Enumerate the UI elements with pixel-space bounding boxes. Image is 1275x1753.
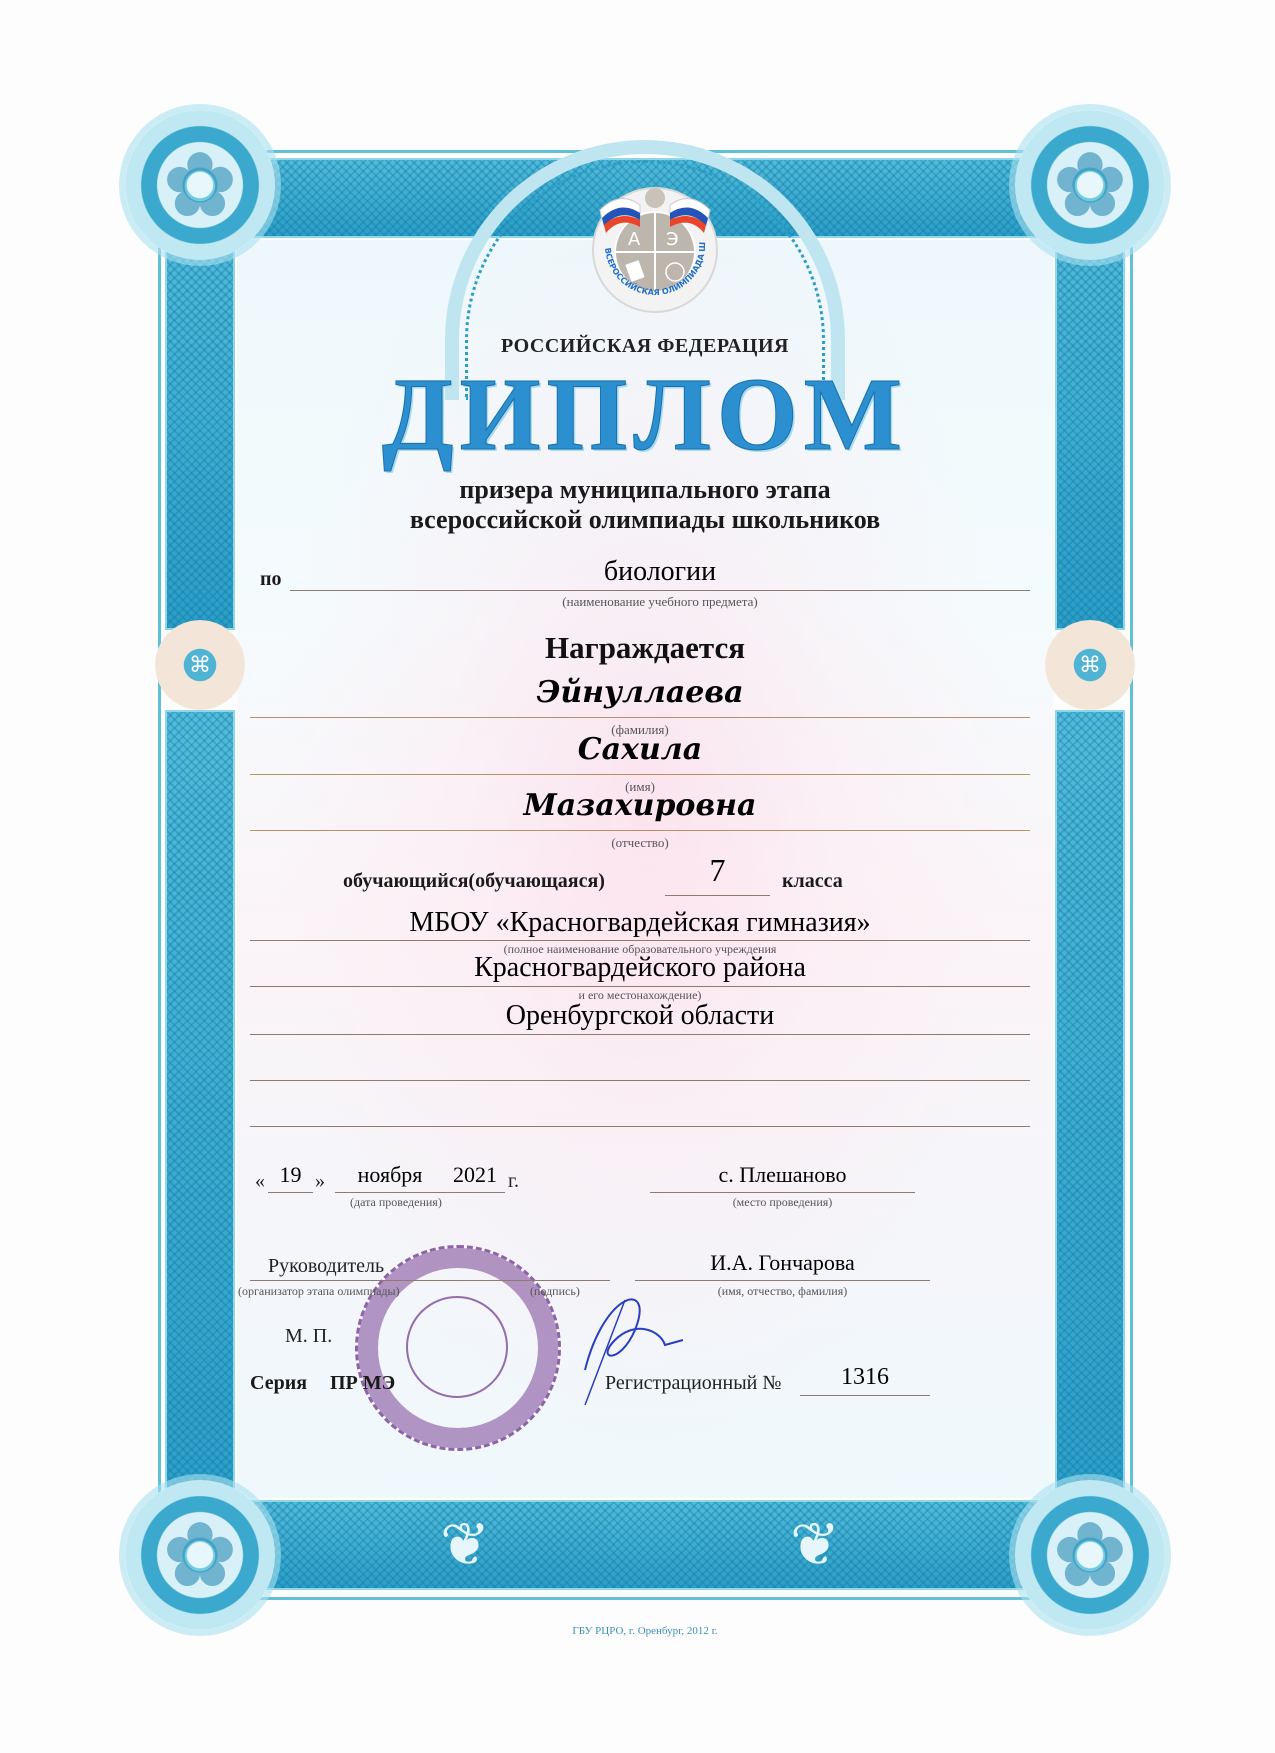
border-band-bottom — [170, 1500, 1125, 1590]
date-month-line — [335, 1192, 505, 1193]
registration-line — [800, 1395, 930, 1396]
school-underline-4 — [250, 1080, 1030, 1081]
school-line-1: МБОУ «Красногвардейская гимназия» — [250, 907, 1030, 939]
svg-text:A: A — [628, 229, 641, 250]
border-band-right-lower — [1055, 710, 1125, 1530]
subtitle-line-2: всероссийской олимпиады школьников — [110, 505, 1180, 535]
diploma-subtitle: призера муниципального этапа всероссийск… — [110, 475, 1180, 535]
head-name-value: И.А. Гончарова — [635, 1250, 930, 1276]
signature-hint: (подпись) — [530, 1284, 580, 1299]
head-label: Руководитель — [268, 1255, 384, 1278]
head-name-line — [635, 1280, 930, 1281]
grade-line — [665, 895, 770, 896]
subject-value: биологии — [290, 556, 1030, 588]
date-year-suffix: г. — [508, 1170, 519, 1193]
scroll-ornament-left-icon: ❦ — [420, 1510, 510, 1580]
awarded-label: Награждается — [110, 630, 1180, 666]
date-day: 19 — [268, 1162, 313, 1188]
rosette-bottom-right-icon — [1015, 1480, 1165, 1630]
date-day-line — [268, 1192, 313, 1193]
scroll-ornament-right-icon: ❦ — [770, 1510, 860, 1580]
svg-text:Э: Э — [666, 229, 679, 250]
date-hint: (дата проведения) — [350, 1195, 442, 1210]
series-label: Серия — [250, 1372, 307, 1395]
date-month: ноября — [335, 1162, 445, 1188]
rosette-top-left-icon — [125, 110, 275, 260]
date-year: 2021 — [445, 1162, 505, 1188]
school-line-2: Красногвардейского района — [250, 952, 1030, 984]
subject-hint: (наименование учебного предмета) — [290, 594, 1030, 610]
registration-label: Регистрационный № — [605, 1372, 781, 1395]
official-stamp — [355, 1245, 561, 1451]
rosette-bottom-left-icon — [125, 1480, 275, 1630]
series-value: ПР МЭ — [330, 1372, 395, 1395]
grade-value: 7 — [665, 852, 770, 889]
first-name-line — [250, 774, 1030, 775]
head-label-hint: (организатор этапа олимпиады) — [238, 1284, 400, 1299]
head-name-hint: (имя, отчество, фамилия) — [635, 1284, 930, 1299]
diploma-title: ДИПЛОМ — [110, 355, 1180, 474]
diploma-sheet: ❦ ❦ ВСЕРОССИЙСКАЯ ОЛИМПИАДА ШКОЛЬНИКОВ A — [110, 110, 1180, 1650]
subject-line — [290, 590, 1030, 591]
patronymic-hint: (отчество) — [250, 835, 1030, 851]
printer-footer: ГБУ РЦРО, г. Оренбург, 2012 г. — [110, 1625, 1180, 1637]
place-hint: (место проведения) — [650, 1195, 915, 1210]
school-line-3: Оренбургской области — [250, 1000, 1030, 1032]
first-name-value: Сахила — [250, 732, 1030, 767]
olympiad-emblem-icon: ВСЕРОССИЙСКАЯ ОЛИМПИАДА ШКОЛЬНИКОВ A Э — [580, 170, 730, 320]
date-open-quote: « — [255, 1170, 265, 1193]
head-signature-line — [250, 1280, 610, 1281]
school-underline-5 — [250, 1126, 1030, 1127]
rosette-top-right-icon — [1015, 110, 1165, 260]
grade-prefix: обучающийся(обучающаяся) — [343, 870, 605, 893]
patronymic-line — [250, 830, 1030, 831]
seal-label: М. П. — [285, 1325, 332, 1348]
surname-value: Эйнуллаева — [250, 675, 1030, 710]
school-underline-2 — [250, 986, 1030, 987]
subtitle-line-1: призера муниципального этапа — [110, 475, 1180, 505]
patronymic-value: Мазахировна — [250, 788, 1030, 823]
border-band-left-lower — [165, 710, 235, 1530]
school-underline-1 — [250, 940, 1030, 941]
date-close-quote: » — [315, 1170, 325, 1193]
place-line — [650, 1192, 915, 1193]
surname-line — [250, 717, 1030, 718]
subject-prefix: по — [260, 568, 282, 591]
place-value: с. Плешаново — [650, 1162, 915, 1188]
grade-suffix: класса — [782, 870, 843, 893]
registration-number: 1316 — [800, 1364, 930, 1391]
school-underline-3 — [250, 1034, 1030, 1035]
